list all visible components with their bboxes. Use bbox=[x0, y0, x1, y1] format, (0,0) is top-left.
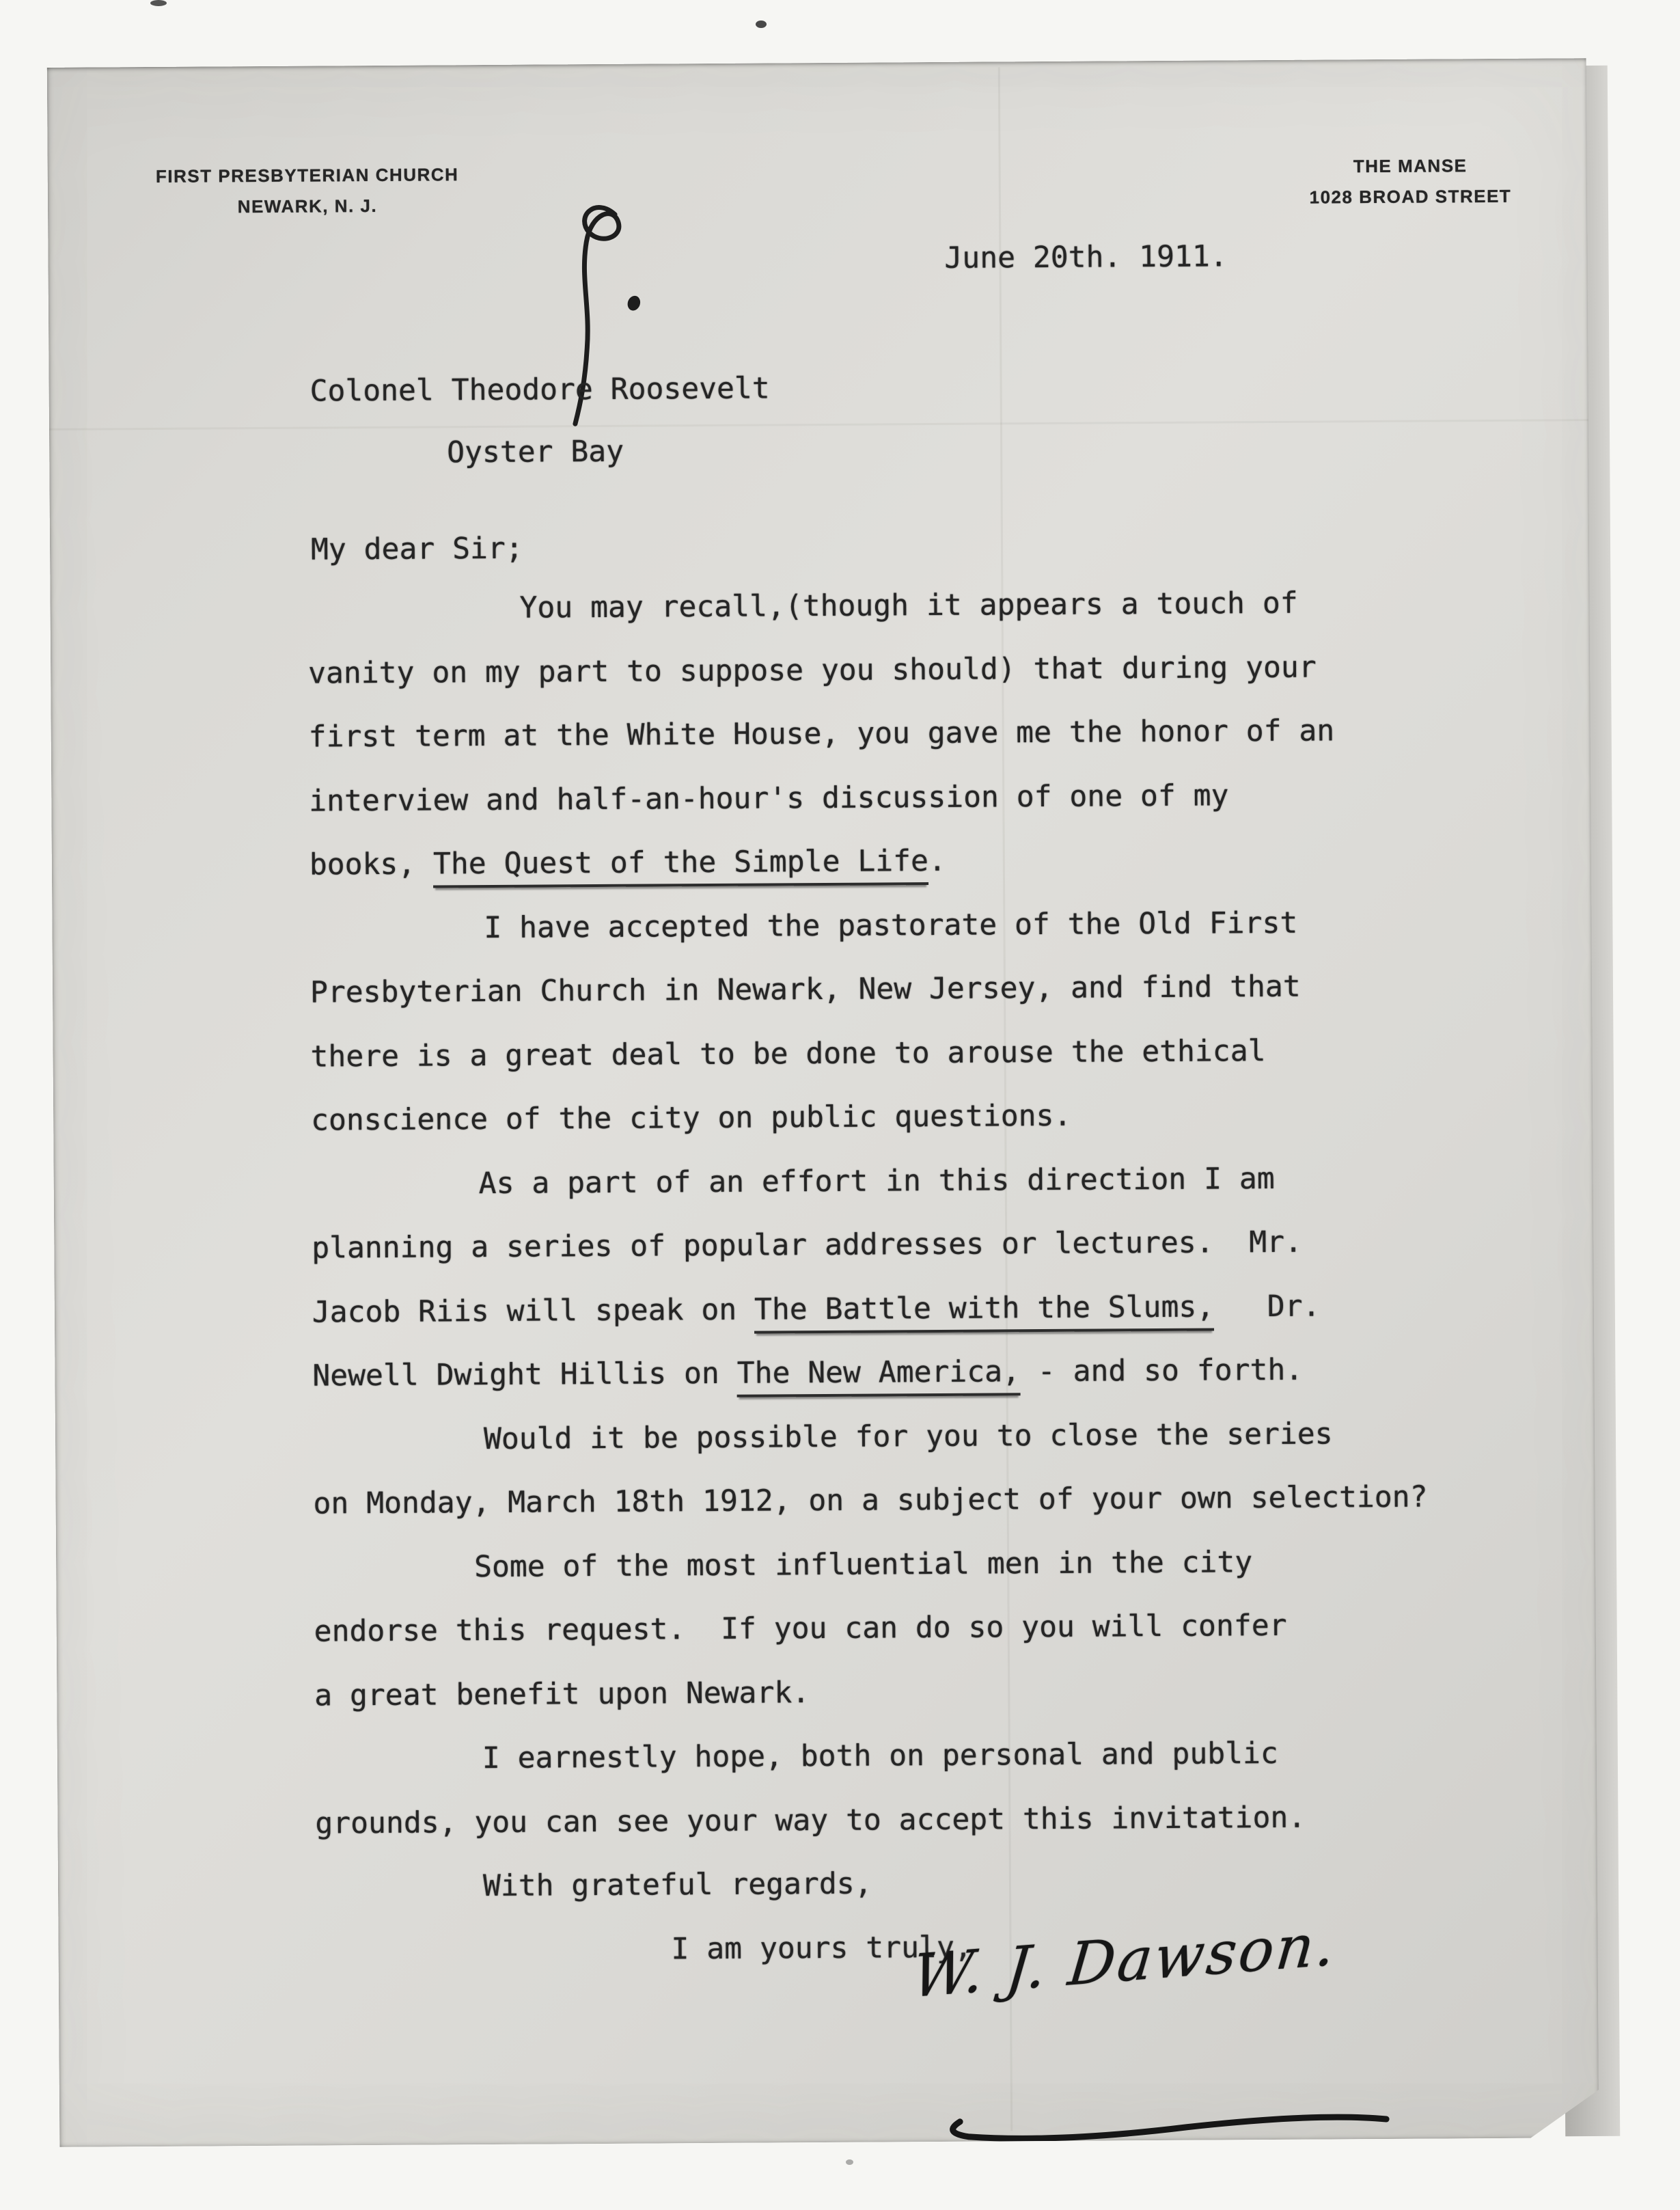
letter-line: Newell Dwight Hillis on The New America,… bbox=[312, 1353, 1303, 1393]
line-text: interview and half-an-hour's discussion … bbox=[309, 778, 1228, 818]
letter-line: Some of the most influential men in the … bbox=[474, 1545, 1252, 1584]
letterhead-residence: THE MANSE bbox=[1293, 150, 1528, 182]
letter-line: planning a series of popular addresses o… bbox=[312, 1225, 1302, 1266]
line-text: You may recall,(though it appears a touc… bbox=[519, 586, 1297, 625]
letter-date: June 20th. 1911. bbox=[944, 239, 1228, 275]
underlined-book-title: The Quest of the Simple Life bbox=[433, 844, 928, 888]
letterhead-right: THE MANSE 1028 BROAD STREET bbox=[1293, 150, 1529, 213]
letter-line: Presbyterian Church in Newark, New Jerse… bbox=[310, 970, 1301, 1010]
line-text: a great benefit upon Newark. bbox=[314, 1676, 810, 1713]
letter-line: Jacob Riis will speak on The Battle with… bbox=[312, 1290, 1321, 1330]
underlined-book-title: The Battle with the Slums, bbox=[754, 1290, 1214, 1334]
letter-line: Would it be possible for you to close th… bbox=[484, 1417, 1333, 1456]
line-text: planning a series of popular addresses o… bbox=[312, 1225, 1302, 1266]
line-text: Dr. bbox=[1214, 1290, 1321, 1324]
letter-line: books, The Quest of the Simple Life. bbox=[309, 844, 946, 882]
letter-line: there is a great deal to be done to arou… bbox=[310, 1034, 1265, 1074]
letter-line: I earnestly hope, both on personal and p… bbox=[482, 1736, 1278, 1775]
letter-line: With grateful regards, bbox=[483, 1867, 872, 1903]
letter-line: You may recall,(though it appears a touc… bbox=[519, 586, 1297, 625]
letterhead-left: FIRST PRESBYTERIAN CHURCH NEWARK, N. J. bbox=[150, 159, 465, 223]
letter-line: on Monday, March 18th 1912, on a subject… bbox=[313, 1480, 1427, 1521]
recipient-name: Colonel Theodore Roosevelt bbox=[309, 371, 769, 408]
fold-line-horizontal bbox=[49, 419, 1588, 431]
letter-line: first term at the White House, you gave … bbox=[309, 713, 1335, 754]
line-text: Would it be possible for you to close th… bbox=[484, 1417, 1333, 1456]
line-text: endorse this request. If you can do so y… bbox=[314, 1609, 1287, 1649]
underlined-book-title: The New America, bbox=[737, 1354, 1021, 1397]
line-text: books, bbox=[309, 847, 434, 882]
salutation: My dear Sir; bbox=[311, 532, 523, 567]
line-text: I have accepted the pastorate of the Old… bbox=[484, 906, 1297, 945]
pen-mark bbox=[550, 185, 667, 459]
letter-line: I have accepted the pastorate of the Old… bbox=[484, 906, 1297, 945]
recipient-place: Oyster Bay bbox=[447, 435, 624, 470]
letterhead-location: NEWARK, N. J. bbox=[150, 190, 465, 223]
scan-speck bbox=[150, 0, 167, 6]
line-text: Newell Dwight Hillis on bbox=[312, 1356, 737, 1393]
line-text: Jacob Riis will speak on bbox=[312, 1293, 755, 1330]
line-text: conscience of the city on public questio… bbox=[311, 1099, 1071, 1138]
signature-flourish bbox=[941, 2096, 1399, 2146]
letter-line: grounds, you can see your way to accept … bbox=[315, 1801, 1306, 1841]
letterhead-address: 1028 BROAD STREET bbox=[1293, 181, 1528, 213]
letter-paper: FIRST PRESBYTERIAN CHURCH NEWARK, N. J. … bbox=[47, 58, 1599, 2147]
line-text: I earnestly hope, both on personal and p… bbox=[482, 1736, 1278, 1775]
letter-line: endorse this request. If you can do so y… bbox=[314, 1609, 1287, 1649]
letter-line: a great benefit upon Newark. bbox=[314, 1676, 810, 1713]
line-text: there is a great deal to be done to arou… bbox=[310, 1034, 1265, 1074]
line-text: first term at the White House, you gave … bbox=[309, 713, 1335, 754]
line-text: As a part of an effort in this direction… bbox=[479, 1162, 1275, 1201]
letter-line: conscience of the city on public questio… bbox=[311, 1099, 1071, 1138]
letter-line: vanity on my part to suppose you should)… bbox=[308, 651, 1317, 691]
line-text: Some of the most influential men in the … bbox=[474, 1545, 1252, 1584]
line-text: on Monday, March 18th 1912, on a subject… bbox=[313, 1480, 1427, 1521]
letterhead-organization: FIRST PRESBYTERIAN CHURCH bbox=[150, 159, 465, 192]
line-text: - and so forth. bbox=[1020, 1353, 1304, 1389]
line-text: vanity on my part to suppose you should)… bbox=[308, 651, 1317, 691]
letter-line: As a part of an effort in this direction… bbox=[479, 1162, 1275, 1201]
line-text: Presbyterian Church in Newark, New Jerse… bbox=[310, 970, 1301, 1010]
signature: W. J. Dawson. bbox=[909, 1910, 1340, 2011]
line-text: grounds, you can see your way to accept … bbox=[315, 1801, 1306, 1841]
scan-speck bbox=[846, 2159, 853, 2165]
scan-speck bbox=[756, 21, 767, 28]
line-text: . bbox=[928, 844, 946, 878]
scanned-letter-page: { "letterhead": { "organization": "FIRST… bbox=[0, 0, 1680, 2210]
letter-body: You may recall,(though it appears a touc… bbox=[47, 58, 1586, 68]
line-text: With grateful regards, bbox=[483, 1867, 872, 1903]
letter-line: interview and half-an-hour's discussion … bbox=[309, 778, 1228, 818]
